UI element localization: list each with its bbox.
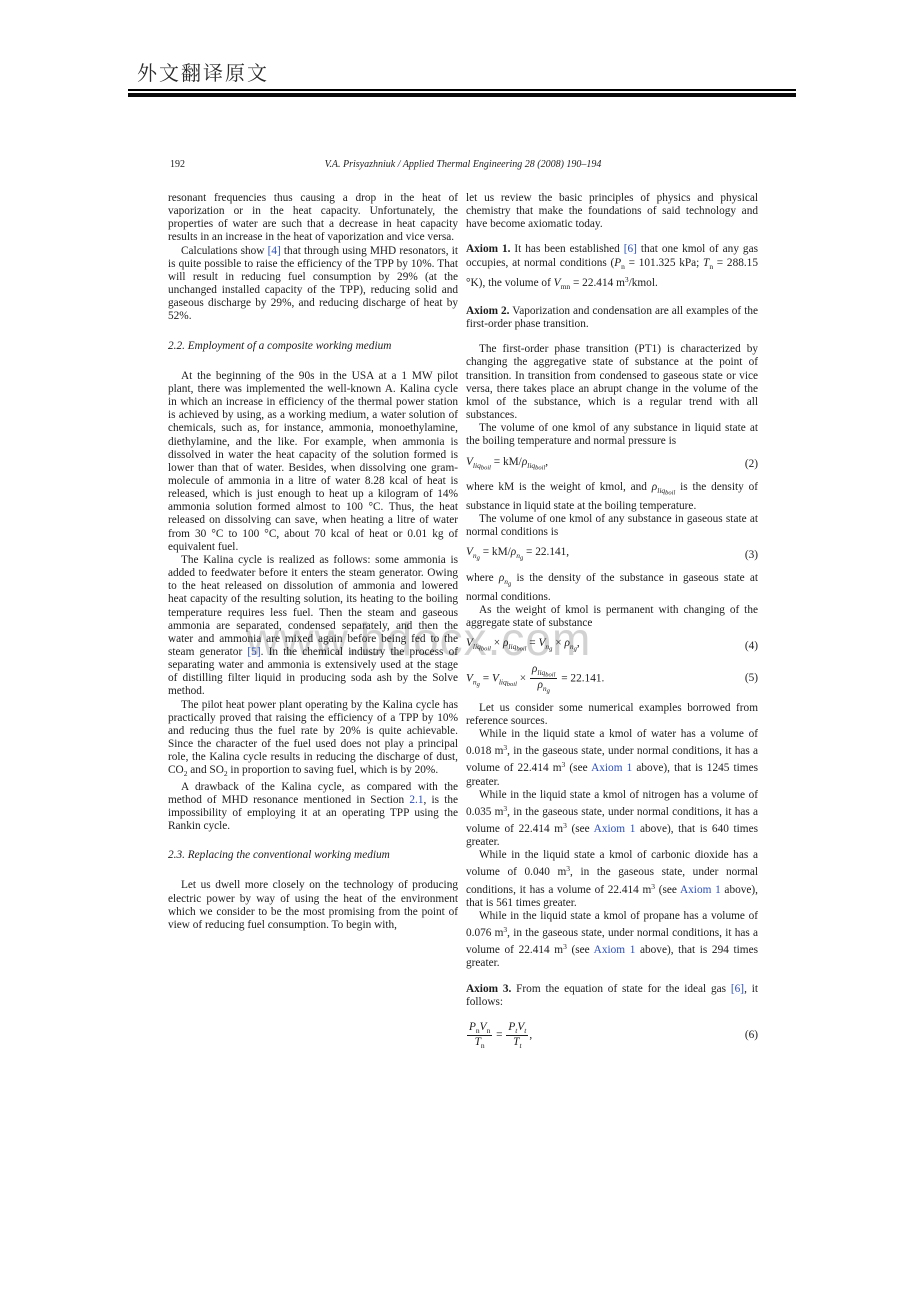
paragraph: The pilot heat power plant operating by … (168, 699, 458, 781)
doc-header-title: 外文翻译原文 (137, 63, 269, 85)
fraction: PtVtTt (506, 1021, 528, 1050)
equation-body: PnVnTn = PtVtTt, (466, 1021, 532, 1050)
paragraph: While in the liquid state a kmol of wate… (466, 728, 758, 789)
equation-number: (4) (739, 640, 758, 653)
document-page: 外文翻译原文 www.bdocx.com 192 V.A. Prisyazhni… (0, 0, 920, 1302)
left-column: resonant frequencies thus causing a drop… (168, 192, 458, 932)
axiom-paragraph: Axiom 1. It has been established [6] tha… (466, 243, 758, 292)
fraction: PnVnTn (467, 1021, 492, 1050)
citation-reference: Axiom 1 (680, 884, 721, 896)
paragraph: The Kalina cycle is realized as follows:… (168, 554, 458, 699)
citation-reference: Axiom 1 (591, 762, 632, 774)
paragraph: resonant frequencies thus causing a drop… (168, 192, 458, 245)
equation-body: Vliqboil = kM/ρliqboil, (466, 456, 548, 475)
paragraph: The first-order phase transition (PT1) i… (466, 343, 758, 422)
citation-reference: [6] (731, 983, 744, 995)
paragraph: While in the liquid state a kmol of prop… (466, 910, 758, 971)
equation-number: (5) (739, 672, 758, 685)
paragraph: Let us dwell more closely on the technol… (168, 879, 458, 932)
equation-number: (3) (739, 549, 758, 562)
journal-header: 192 V.A. Prisyazhniuk / Applied Thermal … (168, 159, 758, 173)
equation-number: (6) (739, 1029, 758, 1042)
header-rule (128, 89, 796, 97)
equation-body: Vliqboil × ρliqboil = Vng × ρng, (466, 637, 580, 656)
paragraph: As the weight of kmol is permanent with … (466, 604, 758, 630)
citation-reference: [4] (268, 245, 281, 257)
axiom-paragraph: Axiom 3. From the equation of state for … (466, 983, 758, 1009)
equation: Vliqboil = kM/ρliqboil,(2) (466, 456, 758, 475)
section-heading: 2.2. Employment of a composite working m… (168, 340, 458, 353)
section-heading: 2.3. Replacing the conventional working … (168, 849, 458, 862)
equation: Vliqboil × ρliqboil = Vng × ρng,(4) (466, 637, 758, 656)
paragraph: The volume of one kmol of any substance … (466, 422, 758, 448)
paragraph: Calculations show [4] that through using… (168, 245, 458, 324)
right-column: let us review the basic principles of ph… (466, 192, 758, 1057)
citation-reference: Axiom 1 (594, 823, 636, 835)
paragraph: At the beginning of the 90s in the USA a… (168, 370, 458, 554)
equation-body: Vng = Vliqboil × ρliqboilρng = 22.141. (466, 663, 604, 695)
doc-header: 外文翻译原文 (137, 57, 269, 86)
paragraph: let us review the basic principles of ph… (466, 192, 758, 231)
paragraph: where ρng is the density of the substanc… (466, 572, 758, 604)
citation-reference: [5] (247, 646, 260, 658)
paragraph: Let us consider some numerical examples … (466, 702, 758, 728)
running-title: V.A. Prisyazhniuk / Applied Thermal Engi… (168, 159, 758, 170)
equation-body: Vng = kM/ρng = 22.141, (466, 546, 569, 565)
equation-number: (2) (739, 458, 758, 471)
paragraph: While in the liquid state a kmol of carb… (466, 849, 758, 910)
equation: Vng = kM/ρng = 22.141,(3) (466, 546, 758, 565)
fraction: ρliqboilρng (530, 663, 557, 695)
paragraph: where kM is the weight of kmol, and ρliq… (466, 481, 758, 513)
equation: Vng = Vliqboil × ρliqboilρng = 22.141.(5… (466, 663, 758, 695)
citation-reference: [6] (624, 243, 637, 255)
paragraph: A drawback of the Kalina cycle, as compa… (168, 781, 458, 834)
citation-reference: 2.1 (409, 794, 423, 806)
equation: PnVnTn = PtVtTt,(6) (466, 1021, 758, 1050)
axiom-paragraph: Axiom 2. Vaporization and condensation a… (466, 305, 758, 331)
citation-reference: Axiom 1 (594, 944, 636, 956)
paragraph: The volume of one kmol of any substance … (466, 513, 758, 539)
paragraph: While in the liquid state a kmol of nitr… (466, 789, 758, 850)
